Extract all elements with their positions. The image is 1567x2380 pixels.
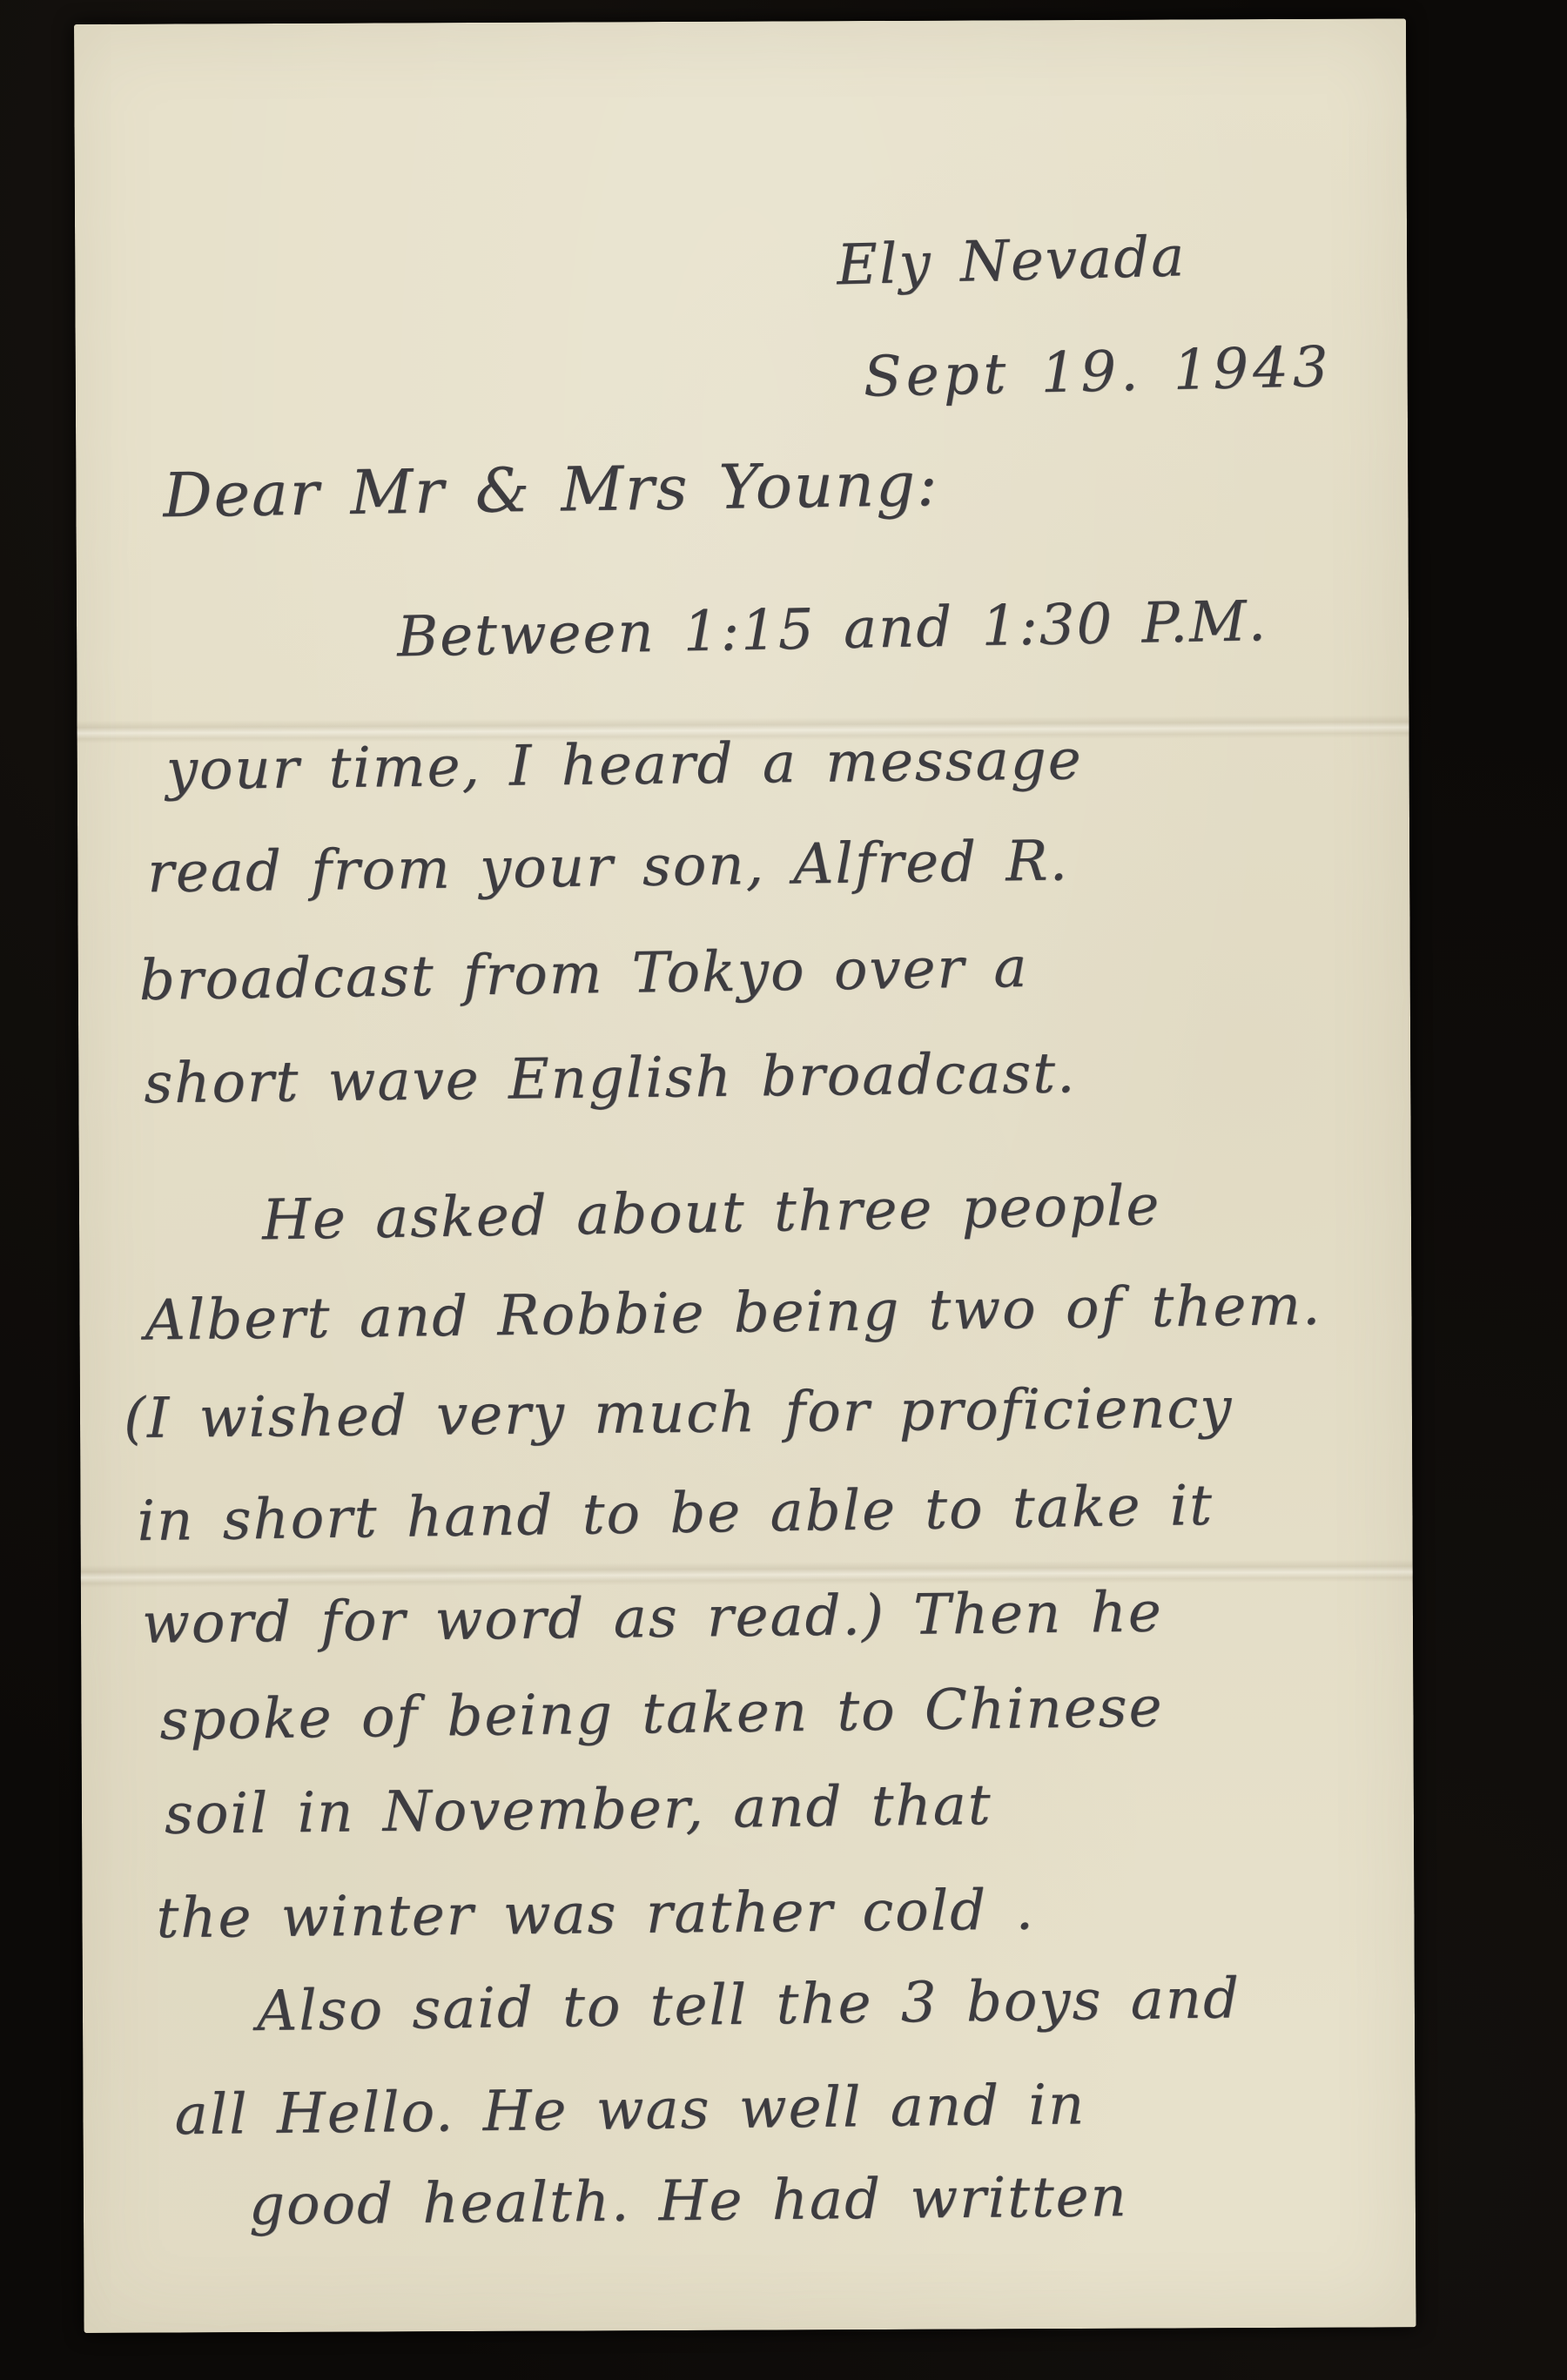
letter-body-line: short wave English broadcast. <box>144 1041 1077 1116</box>
fold-crease-lower <box>81 1559 1413 1588</box>
letter-place: Ely Nevada <box>836 225 1187 298</box>
letter-body-line: good health. He had written <box>249 2165 1128 2238</box>
scan-background: Ely Nevada Sept 19. 1943 Dear Mr & Mrs Y… <box>0 0 1567 2380</box>
letter-body-line: spoke of being taken to Chinese <box>159 1676 1164 1753</box>
letter-body-line: broadcast from Tokyo over a <box>138 936 1029 1013</box>
letter-body-line: He asked about three people <box>261 1173 1160 1253</box>
letter-page: Ely Nevada Sept 19. 1943 Dear Mr & Mrs Y… <box>74 18 1416 2333</box>
letter-body-line: (I wished very much for proficiency <box>124 1376 1234 1451</box>
letter-body-line: Also said to tell the 3 boys and <box>257 1967 1241 2044</box>
letter-body-line: Between 1:15 and 1:30 P.M. <box>396 589 1268 669</box>
letter-body-line: word for word as read.) Then he <box>142 1580 1163 1656</box>
letter-body-line: soil in November, and that <box>165 1773 992 1847</box>
letter-salutation: Dear Mr & Mrs Young: <box>163 448 939 531</box>
letter-body-line: Albert and Robbie being two of them. <box>145 1274 1322 1354</box>
letter-body-line: all Hello. He was well and in <box>174 2073 1086 2148</box>
letter-body-line: the winter was rather cold . <box>156 1879 1035 1952</box>
letter-body-line: read from your son, Alfred R. <box>147 829 1069 905</box>
letter-body-line: in short hand to be able to take it <box>137 1474 1214 1554</box>
letter-body-line: your time, I heard a message <box>165 728 1083 803</box>
letter-date: Sept 19. 1943 <box>863 335 1333 410</box>
